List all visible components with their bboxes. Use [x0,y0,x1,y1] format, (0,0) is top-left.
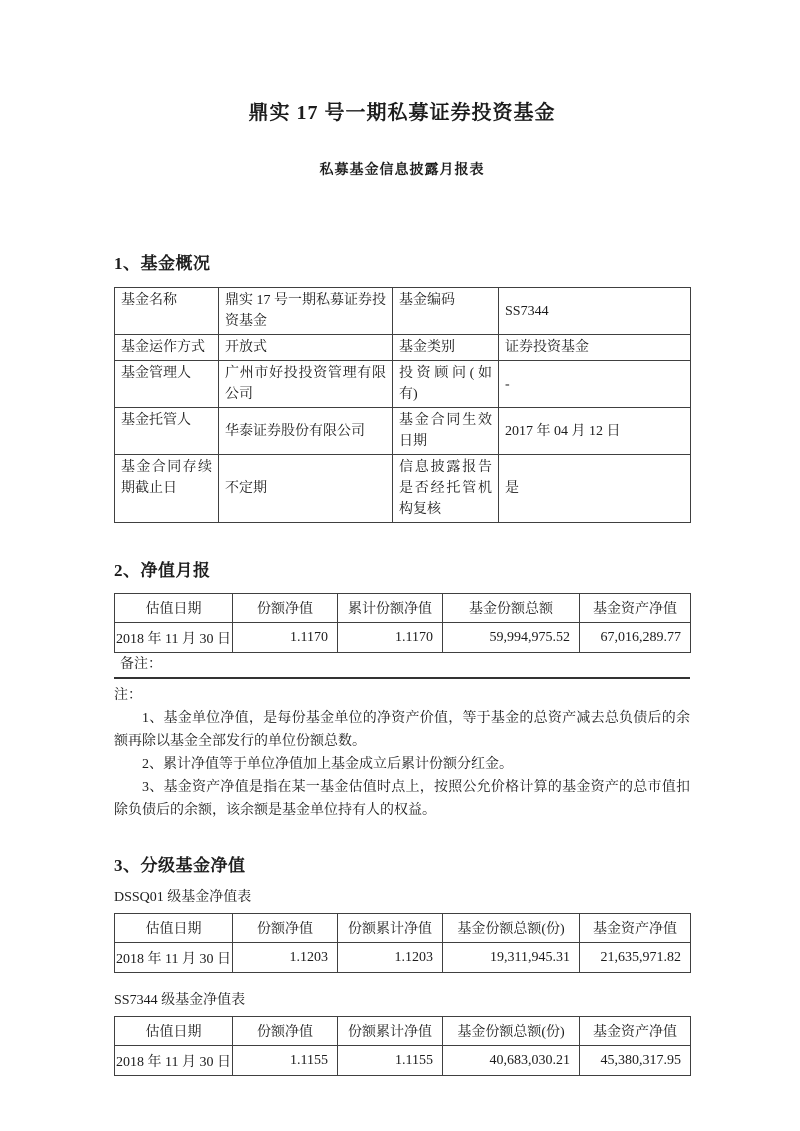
column-header-unit-nav: 份额净值 [233,914,338,943]
table-row: 2018 年 11 月 30 日 1.1203 1.1203 19,311,94… [115,943,691,973]
section2-heading: 2、净值月报 [114,559,690,583]
table-row: 2018 年 11 月 30 日 1.1155 1.1155 40,683,03… [115,1046,691,1076]
cumulative-nav-cell: 1.1155 [338,1046,443,1076]
note-item-3: 3、基金资产净值是指在某一基金估值时点上，按照公允价格计算的基金资产的总市值扣除… [114,776,690,822]
fund-manager-value: 广州市好投投资管理有限公司 [219,361,393,408]
operation-mode-label: 基金运作方式 [115,335,219,361]
column-header-valuation-date: 估值日期 [115,914,233,943]
operation-mode-value: 开放式 [219,335,393,361]
contract-expiry-label: 基金合同存续期截止日 [115,455,219,523]
contract-effective-date-label: 基金合同生效日期 [393,408,499,455]
custodian-label: 基金托管人 [115,408,219,455]
fund-code-value: SS7344 [499,288,691,335]
section-graded-nav: 3、分级基金净值 DSSQ01 级基金净值表 估值日期 份额净值 份额累计净值 … [114,854,690,1076]
table-header-row: 估值日期 份额净值 累计份额净值 基金份额总额 基金资产净值 [115,594,691,623]
section3-heading: 3、分级基金净值 [114,854,690,878]
table-header-row: 估值日期 份额净值 份额累计净值 基金份额总额(份) 基金资产净值 [115,1017,691,1046]
notes-block: 注： 1、基金单位净值，是每份基金单位的净资产价值，等于基金的总资产减去总负债后… [114,684,690,822]
table-row: 基金管理人 广州市好投投资管理有限公司 投资顾问(如有) - [115,361,691,408]
unit-nav-cell: 1.1170 [233,623,338,653]
fund-manager-label: 基金管理人 [115,361,219,408]
table-row: 基金名称 鼎实 17 号一期私募证券投资基金 基金编码 SS7344 [115,288,691,335]
unit-nav-cell: 1.1203 [233,943,338,973]
custodian-review-value: 是 [499,455,691,523]
table-header-row: 估值日期 份额净值 份额累计净值 基金份额总额(份) 基金资产净值 [115,914,691,943]
column-header-total-shares: 基金份额总额(份) [443,914,580,943]
section-fund-overview: 1、基金概况 基金名称 鼎实 17 号一期私募证券投资基金 基金编码 SS734… [114,252,690,523]
column-header-net-assets: 基金资产净值 [580,1017,691,1046]
investment-advisor-value: - [499,361,691,408]
cumulative-nav-cell: 1.1170 [338,623,443,653]
graded-table-label-ss7344: SS7344 级基金净值表 [114,991,690,1011]
column-header-unit-nav: 份额净值 [233,1017,338,1046]
column-header-cumulative-nav: 累计份额净值 [338,594,443,623]
graded-nav-table-dssq01: 估值日期 份额净值 份额累计净值 基金份额总额(份) 基金资产净值 2018 年… [114,913,691,973]
table-row: 基金运作方式 开放式 基金类别 证券投资基金 [115,335,691,361]
valuation-date-cell: 2018 年 11 月 30 日 [115,623,233,653]
document-title: 鼎实 17 号一期私募证券投资基金 [114,100,690,126]
nav-monthly-table: 估值日期 份额净值 累计份额净值 基金份额总额 基金资产净值 2018 年 11… [114,593,691,653]
column-header-total-shares: 基金份额总额 [443,594,580,623]
fund-name-value: 鼎实 17 号一期私募证券投资基金 [219,288,393,335]
contract-effective-date-value: 2017 年 04 月 12 日 [499,408,691,455]
investment-advisor-label: 投资顾问(如有) [393,361,499,408]
total-shares-cell: 40,683,030.21 [443,1046,580,1076]
net-assets-cell: 67,016,289.77 [580,623,691,653]
fund-type-label: 基金类别 [393,335,499,361]
column-header-valuation-date: 估值日期 [115,594,233,623]
section-nav-monthly: 2、净值月报 估值日期 份额净值 累计份额净值 基金份额总额 基金资产净值 [114,559,690,822]
net-assets-cell: 45,380,317.95 [580,1046,691,1076]
unit-nav-cell: 1.1155 [233,1046,338,1076]
fund-code-label: 基金编码 [393,288,499,335]
custodian-value: 华泰证券股份有限公司 [219,408,393,455]
fund-type-value: 证券投资基金 [499,335,691,361]
graded-nav-table-ss7344: 估值日期 份额净值 份额累计净值 基金份额总额(份) 基金资产净值 2018 年… [114,1016,691,1076]
valuation-date-cell: 2018 年 11 月 30 日 [115,943,233,973]
document-body: 鼎实 17 号一期私募证券投资基金 私募基金信息披露月报表 1、基金概况 基金名… [0,0,800,1076]
contract-expiry-value: 不定期 [219,455,393,523]
valuation-date-cell: 2018 年 11 月 30 日 [115,1046,233,1076]
column-header-cumulative-nav: 份额累计净值 [338,914,443,943]
column-header-unit-nav: 份额净值 [233,594,338,623]
document-page: 鼎实 17 号一期私募证券投资基金 私募基金信息披露月报表 1、基金概况 基金名… [0,0,800,1131]
custodian-review-label: 信息披露报告是否经托管机构复核 [393,455,499,523]
column-header-valuation-date: 估值日期 [115,1017,233,1046]
graded-table-label-dssq01: DSSQ01 级基金净值表 [114,888,690,908]
section1-heading: 1、基金概况 [114,252,690,276]
notes-label: 注： [114,684,690,707]
net-assets-cell: 21,635,971.82 [580,943,691,973]
column-header-total-shares: 基金份额总额(份) [443,1017,580,1046]
document-subtitle: 私募基金信息披露月报表 [114,162,690,180]
fund-name-label: 基金名称 [115,288,219,335]
table-row: 2018 年 11 月 30 日 1.1170 1.1170 59,994,97… [115,623,691,653]
column-header-net-assets: 基金资产净值 [580,594,691,623]
fund-overview-table: 基金名称 鼎实 17 号一期私募证券投资基金 基金编码 SS7344 基金运作方… [114,287,691,523]
total-shares-cell: 19,311,945.31 [443,943,580,973]
table-row: 基金托管人 华泰证券股份有限公司 基金合同生效日期 2017 年 04 月 12… [115,408,691,455]
table-row: 基金合同存续期截止日 不定期 信息披露报告是否经托管机构复核 是 [115,455,691,523]
column-header-cumulative-nav: 份额累计净值 [338,1017,443,1046]
note-item-1: 1、基金单位净值，是每份基金单位的净资产价值，等于基金的总资产减去总负债后的余额… [114,707,690,753]
total-shares-cell: 59,994,975.52 [443,623,580,653]
remark-row: 备注： [114,653,690,679]
note-item-2: 2、累计净值等于单位净值加上基金成立后累计份额分红金。 [114,753,690,776]
column-header-net-assets: 基金资产净值 [580,914,691,943]
cumulative-nav-cell: 1.1203 [338,943,443,973]
